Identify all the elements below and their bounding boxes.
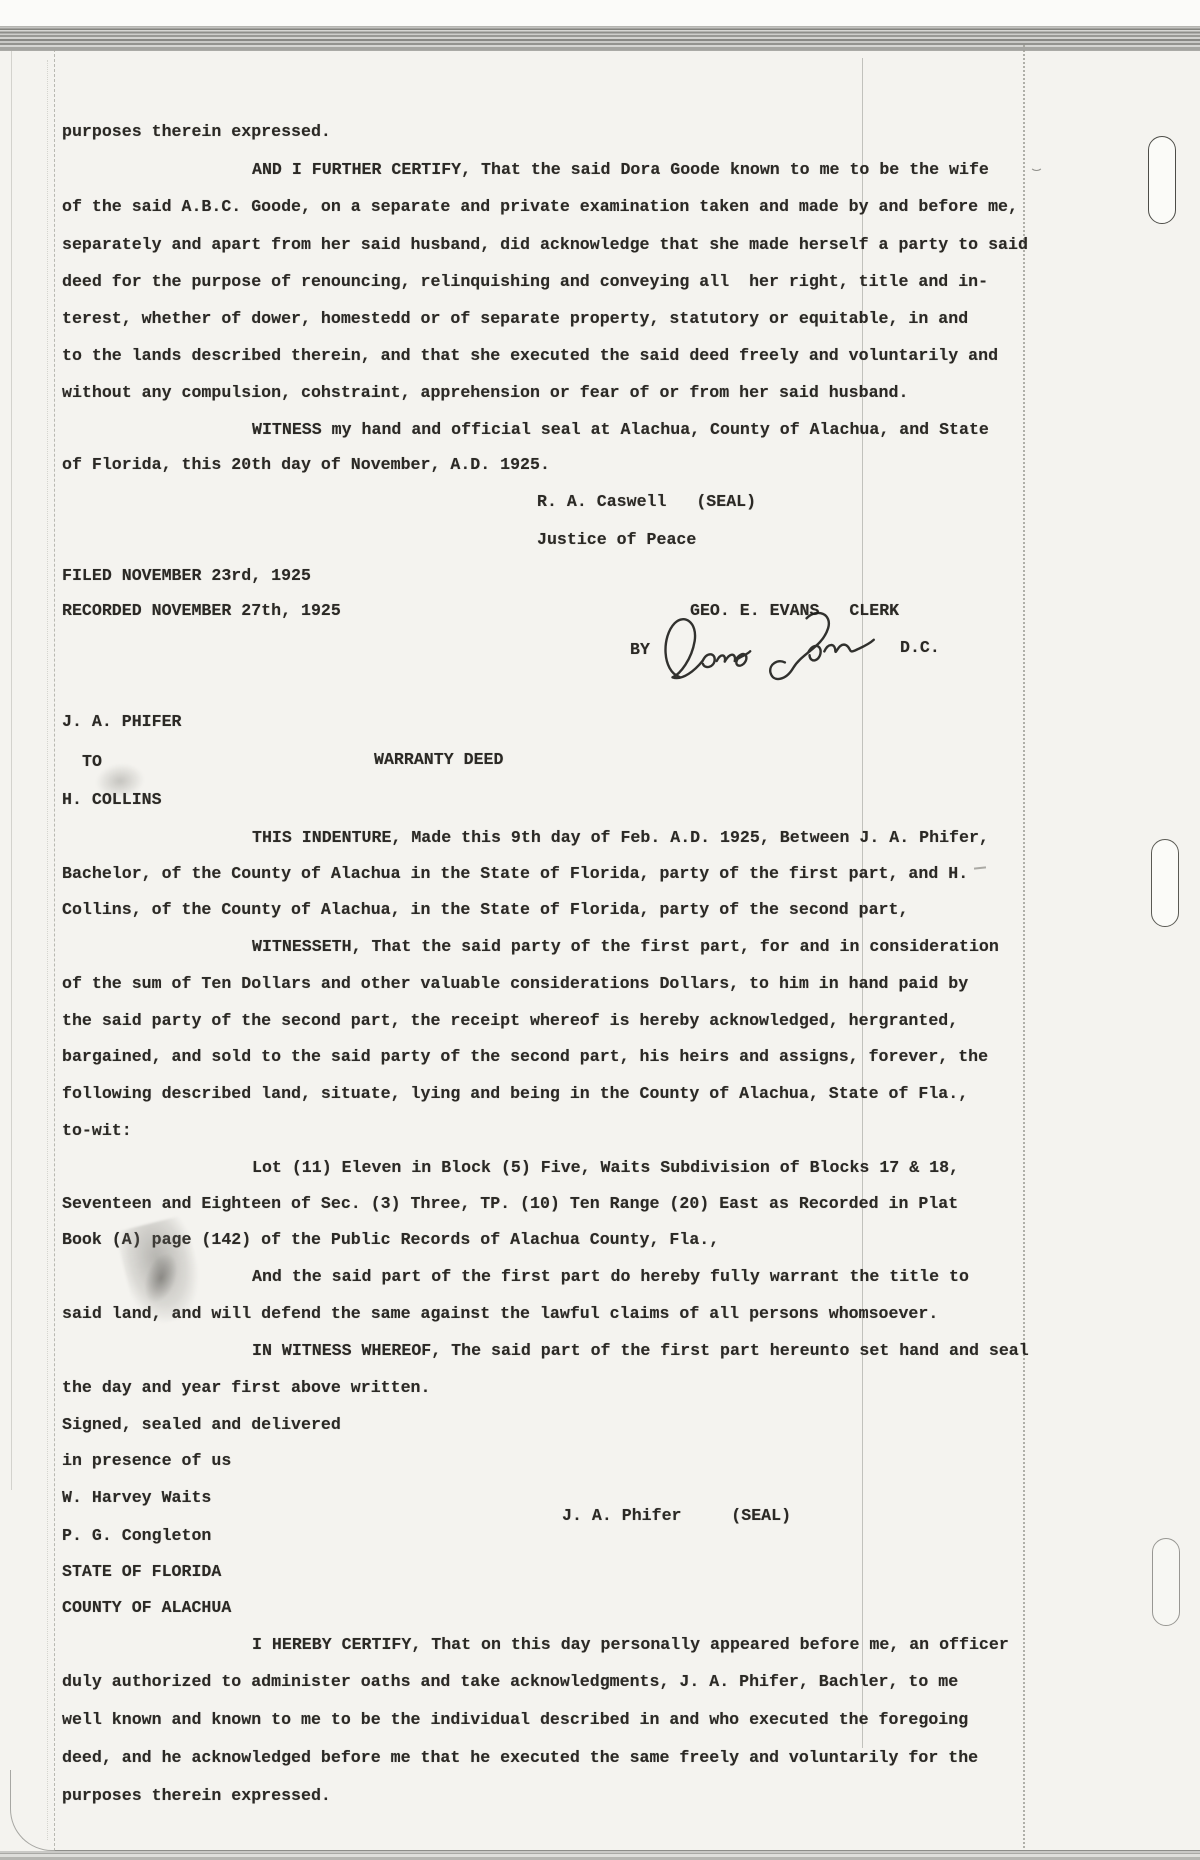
document-line: to the lands described therein, and that… [62, 346, 998, 366]
document-line: J. A. Phifer (SEAL) [562, 1506, 791, 1526]
document-line: the said party of the second part, the r… [62, 1011, 958, 1031]
document-line: of Florida, this 20th day of November, A… [62, 455, 550, 475]
document-line: R. A. Caswell (SEAL) [537, 492, 756, 512]
document-line: purposes therein expressed. [62, 122, 331, 142]
document-line: Lot (11) Eleven in Block (5) Five, Waits… [252, 1158, 959, 1178]
document-line: without any compulsion, cohstraint, appr… [62, 383, 908, 403]
document-line: Justice of Peace [537, 530, 696, 550]
document-line: to-wit: [62, 1121, 132, 1141]
document-line: WITNESSETH, That the said party of the f… [252, 937, 999, 957]
document-text: purposes therein expressed.AND I FURTHER… [0, 0, 1200, 1860]
document-line: of the sum of Ten Dollars and other valu… [62, 974, 968, 994]
document-line: H. COLLINS [62, 790, 162, 810]
deed-page: purposes therein expressed.AND I FURTHER… [0, 0, 1200, 1860]
document-line: in presence of us [62, 1451, 231, 1471]
document-line: duly authorized to administer oaths and … [62, 1672, 958, 1692]
document-line: deed, and he acknowledged before me that… [62, 1748, 978, 1768]
document-line: terest, whether of dower, homestedd or o… [62, 309, 968, 329]
document-line: And the said part of the first part do h… [252, 1267, 969, 1287]
stray-pen-mark [1030, 160, 1043, 171]
document-line: I HEREBY CERTIFY, That on this day perso… [252, 1635, 1009, 1655]
document-line: deed for the purpose of renouncing, reli… [62, 272, 988, 292]
document-line: STATE OF FLORIDA [62, 1562, 221, 1582]
document-line: Signed, sealed and delivered [62, 1415, 341, 1435]
document-line: bargained, and sold to the said party of… [62, 1047, 988, 1067]
deputy-clerk-signature [646, 589, 903, 702]
document-line: of the said A.B.C. Goode, on a separate … [62, 197, 1018, 217]
document-line: Book (A) page (142) of the Public Record… [62, 1230, 719, 1250]
scan-seam-band-bottom [0, 1851, 1200, 1860]
document-line: AND I FURTHER CERTIFY, That the said Dor… [252, 160, 989, 180]
document-line: FILED NOVEMBER 23rd, 1925 [62, 566, 311, 586]
document-line: D.C. [900, 638, 940, 658]
document-line: WITNESS my hand and official seal at Ala… [252, 420, 989, 440]
document-line: well known and known to me to be the ind… [62, 1710, 968, 1730]
document-line: Collins, of the County of Alachua, in th… [62, 900, 908, 920]
document-line: TO [82, 752, 102, 772]
document-line: separately and apart from her said husba… [62, 235, 1028, 255]
document-line: THIS INDENTURE, Made this 9th day of Feb… [252, 828, 989, 848]
document-line: the day and year first above written. [62, 1378, 430, 1398]
document-line: W. Harvey Waits [62, 1488, 211, 1508]
document-line: WARRANTY DEED [374, 750, 503, 770]
document-line: RECORDED NOVEMBER 27th, 1925 [62, 601, 341, 621]
document-line: Bachelor, of the County of Alachua in th… [62, 864, 968, 884]
document-line: P. G. Congleton [62, 1526, 211, 1546]
document-line: purposes therein expressed. [62, 1786, 331, 1806]
document-line: following described land, situate, lying… [62, 1084, 968, 1104]
document-line: Seventeen and Eighteen of Sec. (3) Three… [62, 1194, 958, 1214]
document-line: IN WITNESS WHEREOF, The said part of the… [252, 1341, 1029, 1361]
document-line: J. A. PHIFER [62, 712, 182, 732]
document-line: COUNTY OF ALACHUA [62, 1598, 231, 1618]
document-line: said land, and will defend the same agai… [62, 1304, 938, 1324]
